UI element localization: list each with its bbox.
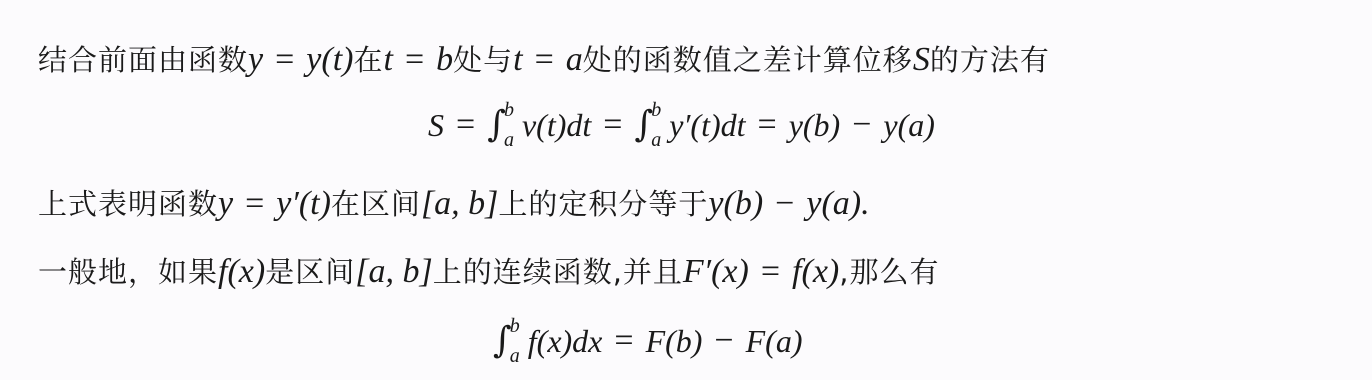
math-var: y xyxy=(218,184,233,224)
text: 处与 xyxy=(453,40,513,80)
lower-limit: a xyxy=(504,130,514,150)
math-op: − xyxy=(714,322,733,360)
math-var: b xyxy=(436,40,453,80)
display-equation-1: S = ∫ b a v(t)dt = ∫ b a y′(t)dt = y(b) … xyxy=(428,95,935,155)
math-op: = xyxy=(456,106,475,144)
text: 结合前面由函数 xyxy=(38,40,248,80)
math-op: = xyxy=(758,106,777,144)
math-expr: f(x) xyxy=(792,252,839,292)
math-op: − xyxy=(775,184,794,224)
math-expr: F′(x) xyxy=(683,252,749,292)
text: 的方法有 xyxy=(930,40,1050,80)
math-var: a xyxy=(566,40,583,80)
lower-limit: a xyxy=(651,130,661,150)
integral: ∫ b a xyxy=(493,316,520,366)
upper-limit: b xyxy=(651,100,661,120)
text: 是区间 xyxy=(265,252,355,292)
math-op: = xyxy=(614,322,633,360)
integrand: y′(t)dt xyxy=(669,107,745,144)
math-op: = xyxy=(405,40,424,80)
math-interval: [a, b] xyxy=(421,184,498,224)
math-op: − xyxy=(852,106,871,144)
math-expr: y(a) xyxy=(883,107,935,144)
text: 处的函数值之差计算位移 xyxy=(583,40,913,80)
paragraph-line-1: 结合前面由函数 y = y(t) 在 t = b 处与 t = a 处的函数值之… xyxy=(38,40,1050,80)
integral: ∫ b a xyxy=(634,100,661,150)
display-equation-2: ∫ b a f(x)dx = F(b) − F(a) xyxy=(493,310,802,372)
paragraph-line-3: 一般地，如果 f(x) 是区间 [a, b] 上的连续函数,并且 F′(x) =… xyxy=(38,252,939,292)
math-expr: y′(t) xyxy=(276,184,331,224)
math-expr: y(b) xyxy=(708,184,763,224)
paragraph-line-2: 上式表明函数 y = y′(t) 在区间 [a, b] 上的定积分等于 y(b)… xyxy=(38,184,870,224)
math-op: = xyxy=(761,252,780,292)
math-expr: F(a) xyxy=(746,323,803,360)
math-expr: F(b) xyxy=(646,323,703,360)
text: 在 xyxy=(353,40,383,80)
math-var: t xyxy=(513,40,522,80)
math-op: = xyxy=(245,184,264,224)
math-var: t xyxy=(384,40,393,80)
lower-limit: a xyxy=(510,346,520,366)
math-expr: y(b) xyxy=(789,107,841,144)
text: 上的定积分等于 xyxy=(498,184,708,224)
text: 一般地，如果 xyxy=(38,252,218,292)
math-interval: [a, b] xyxy=(355,252,432,292)
math-expr: f(x) xyxy=(218,252,265,292)
math-op: = xyxy=(275,40,294,80)
math-op: = xyxy=(535,40,554,80)
math-var: S xyxy=(913,40,930,80)
integrand: f(x)dx xyxy=(528,323,603,360)
math-op: = xyxy=(603,106,622,144)
upper-limit: b xyxy=(504,100,514,120)
text: 在区间 xyxy=(331,184,421,224)
integrand: v(t)dt xyxy=(522,107,591,144)
text: 上式表明函数 xyxy=(38,184,218,224)
math-expr: y(t) xyxy=(306,40,353,80)
integral: ∫ b a xyxy=(487,100,514,150)
math-expr: y(a). xyxy=(806,184,869,224)
upper-limit: b xyxy=(510,316,520,336)
math-var: y xyxy=(248,40,263,80)
text: ,那么有 xyxy=(839,252,939,292)
text: 上的连续函数,并且 xyxy=(433,252,683,292)
math-var: S xyxy=(428,107,444,144)
